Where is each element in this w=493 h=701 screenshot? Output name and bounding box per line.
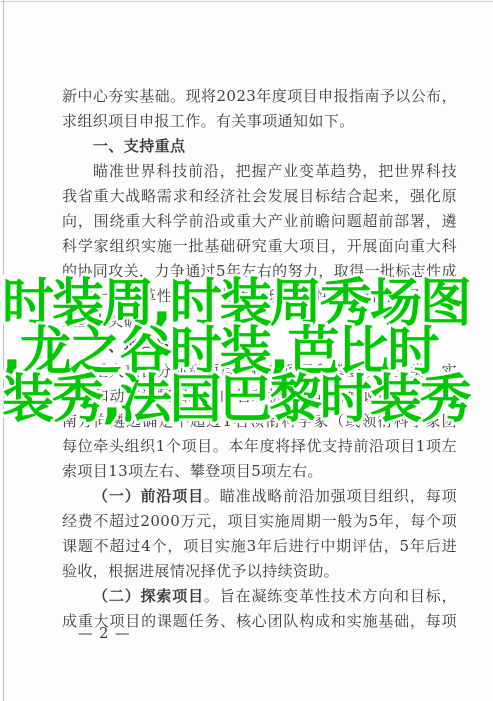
doc-text: 验收，根据进展情况择优予以持续资助。 [62, 562, 339, 580]
doc-line: 形成一批变革性技术，努力实现前瞻性基础研究、引领性原创成 [62, 284, 457, 309]
doc-text-bold: （二）探索项目 [93, 587, 204, 605]
doc-text: 课题不超过4个，项目实施3年后进行中期评估，5年后进行阶段 [62, 537, 457, 559]
doc-line: 瞄准世界科技前沿，把握产业变革趋势，把世界科技前沿同 [62, 159, 457, 184]
doc-text: 果重大突破。 [62, 312, 154, 330]
doc-text: 新中心夯实基础。现将2023年度项目申报指南予以公布，请按要 [62, 87, 457, 109]
doc-line: （一）前沿项目。瞄准战略前沿加强项目组织，每项省资助 [62, 484, 457, 509]
doc-text-bold: 二、项目类别 [93, 337, 185, 355]
doc-text: 经费不超过2000万元，项目实施周期一般为5年，每个项目设置 [62, 512, 457, 534]
doc-text: 求组织项目申报工作。有关事项通知如下。 [62, 112, 355, 130]
doc-text-bold: 一、支持重点 [93, 137, 185, 155]
doc-line: 科学家组织实施一批基础研究重大项目，开展面向重大科学问题 [62, 234, 457, 259]
doc-text: 南方向遴选确定不超过1名领衔科学家（或领衔科学家团队） [62, 412, 457, 434]
doc-line: 求组织项目申报工作。有关事项通知如下。 [62, 109, 457, 134]
doc-text: 索项目13项左右、攀登项目5项左右。 [62, 462, 323, 480]
doc-line: 向，围绕重大科学前沿或重大产业前瞻问题超前部署，遴选顶尖 [62, 209, 457, 234]
doc-line: 课题不超过4个，项目实施3年后进行中期评估，5年后进行阶段 [62, 534, 457, 559]
document-page: 新中心夯实基础。现将2023年度项目申报指南予以公布，请按要求组织项目申报工作。… [0, 0, 493, 701]
doc-text: 形成一批变革性技术，努力实现前瞻性基础研究、引领性原创成 [62, 287, 457, 309]
doc-text: 的协同攻关，力争通过5年左右的努力，取得一批标志性成果， [62, 262, 457, 284]
doc-text: 向，围绕重大科学前沿或重大产业前瞻问题超前部署，遴选顶尖 [62, 212, 457, 234]
doc-text: 每位牵头组织1个项目。本年度将择优支持前沿项目1项左右、探 [62, 437, 457, 459]
page-edge-top [0, 1, 493, 2]
page-edge-left [3, 0, 4, 701]
doc-text-bold: （一）前沿项目 [93, 487, 204, 505]
doc-line: 每位牵头组织1个项目。本年度将择优支持前沿项目1项左右、探 [62, 434, 457, 459]
doc-line: 南方向遴选确定不超过1名领衔科学家（或领衔科学家团队） [62, 409, 457, 434]
doc-line: （二）探索项目。旨在凝练变革性技术方向和目标，逐步形 [62, 584, 457, 609]
page-number: — 2 — [78, 622, 130, 647]
doc-line: 一、支持重点 [62, 134, 457, 159]
doc-line: 验收，根据进展情况择优予以持续资助。 [62, 559, 457, 584]
doc-text: 支持和动态调整相结合的管理机制。除特殊说明外，每个指 [62, 387, 457, 409]
document-body: 新中心夯实基础。现将2023年度项目申报指南予以公布，请按要求组织项目申报工作。… [62, 84, 457, 634]
doc-line: 索项目13项左右、攀登项目5项左右。 [62, 459, 457, 484]
doc-line: 我省重大战略需求和经济社会发展目标结合起来，强化原创导 [62, 184, 457, 209]
doc-line: 二、项目类别 [62, 334, 457, 359]
doc-text: 重大项目分前沿项目、探索项目和攀登项目三类，实行接续 [93, 362, 457, 384]
doc-text: 瞄准世界科技前沿，把握产业变革趋势，把世界科技前沿同 [93, 162, 457, 184]
doc-text: 科学家组织实施一批基础研究重大项目，开展面向重大科学问题 [62, 237, 457, 259]
doc-line: 支持和动态调整相结合的管理机制。除特殊说明外，每个指 [62, 384, 457, 409]
doc-line: 重大项目分前沿项目、探索项目和攀登项目三类，实行接续 [62, 359, 457, 384]
doc-line: 新中心夯实基础。现将2023年度项目申报指南予以公布，请按要 [62, 84, 457, 109]
doc-line: 果重大突破。 [62, 309, 457, 334]
doc-line: 的协同攻关，力争通过5年左右的努力，取得一批标志性成果， [62, 259, 457, 284]
doc-text: 我省重大战略需求和经济社会发展目标结合起来，强化原创导 [62, 187, 457, 209]
doc-line: 经费不超过2000万元，项目实施周期一般为5年，每个项目设置 [62, 509, 457, 534]
